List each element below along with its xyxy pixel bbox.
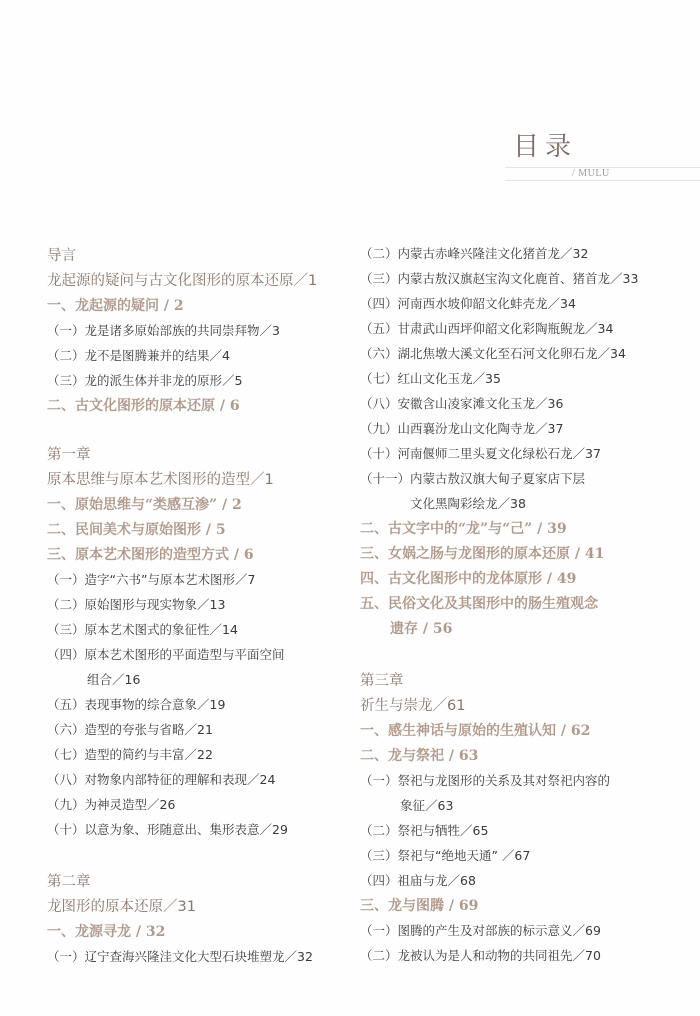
subsection-link[interactable]: （三）祭祀与“绝地天通” ／67 — [360, 846, 530, 866]
section-link[interactable]: 二、龙与祭祀 / 63 — [360, 746, 478, 766]
subsection-link-continued[interactable]: 象征／63 — [360, 796, 453, 816]
subsection-link[interactable]: （七）红山文化玉龙／35 — [360, 369, 501, 389]
subsection-link[interactable]: （一）辽宁查海兴隆洼文化大型石块堆塑龙／32 — [47, 947, 313, 967]
subsection-link[interactable]: （八）对物象内部特征的理解和表现／24 — [47, 770, 275, 790]
subsection-link[interactable]: （五）表现事物的综合意象／19 — [47, 695, 225, 715]
chapter-title-link[interactable]: 原本思维与原本艺术图形的造型／1 — [47, 470, 274, 490]
chapter-label: 第一章 — [47, 445, 91, 465]
subsection-link[interactable]: （一）造字“六书”与原本艺术图形／7 — [47, 570, 255, 590]
subsection-link[interactable]: （十）河南偃师二里头夏文化绿松石龙／37 — [360, 444, 601, 464]
subsection-link[interactable]: （二）内蒙古赤峰兴隆洼文化猪首龙／32 — [360, 244, 588, 264]
subsection-link[interactable]: （二）祭祀与牺牲／65 — [360, 821, 488, 841]
section-link[interactable]: 三、原本艺术图形的造型方式 / 6 — [47, 545, 254, 565]
toc-subtitle: / MULU — [572, 168, 610, 180]
subsection-link[interactable]: （四）原本艺术图形的平面造型与平面空间 — [47, 645, 285, 665]
subsection-link[interactable]: （四）祖庙与龙／68 — [360, 871, 476, 891]
subsection-link[interactable]: （三）龙的派生体并非龙的原形／5 — [47, 371, 242, 391]
subsection-link[interactable]: （十）以意为象、形随意出、集形表意／29 — [47, 820, 288, 840]
subsection-link-continued[interactable]: 文化黑陶彩绘龙／38 — [360, 494, 526, 514]
subsection-link[interactable]: （二）龙不是图腾兼并的结果／4 — [47, 346, 230, 366]
subsection-link[interactable]: （一）龙是诸多原始部族的共同崇拜物／3 — [47, 321, 280, 341]
subsection-link[interactable]: （九）为神灵造型／26 — [47, 795, 175, 815]
section-link[interactable]: 一、原始思维与“类感互渗” / 2 — [47, 495, 242, 515]
subsection-link[interactable]: （一）图腾的产生及对部族的标示意义／69 — [360, 921, 601, 941]
section-link[interactable]: 二、古文字中的“龙”与“己” / 39 — [360, 519, 567, 539]
subsection-link[interactable]: （二）龙被认为是人和动物的共同祖先／70 — [360, 946, 601, 966]
section-link[interactable]: 三、女娲之肠与龙图形的原本还原 / 41 — [360, 544, 604, 564]
subsection-link[interactable]: （四）河南西水坡仰韶文化蚌壳龙／34 — [360, 294, 576, 314]
section-link[interactable]: 三、龙与图腾 / 69 — [360, 896, 478, 916]
chapter-title-link[interactable]: 龙起源的疑问与古文化图形的原本还原／1 — [47, 271, 317, 291]
subsection-link[interactable]: （二）原始图形与现实物象／13 — [47, 595, 225, 615]
subsection-link[interactable]: （八）安徽含山凌家滩文化玉龙／36 — [360, 394, 563, 414]
subsection-link[interactable]: （七）造型的简约与丰富／22 — [47, 745, 213, 765]
toc-header: 目录 / MULU — [505, 128, 700, 188]
header-rule-bottom — [505, 180, 700, 181]
section-link[interactable]: 二、民间美术与原始图形 / 5 — [47, 520, 226, 540]
chapter-label: 第二章 — [47, 872, 91, 892]
chapter-title-link[interactable]: 祈生与崇龙／61 — [360, 696, 465, 716]
subsection-link[interactable]: （五）甘肃武山西坪仰韶文化彩陶瓶鲵龙／34 — [360, 319, 613, 339]
section-link[interactable]: 一、龙起源的疑问 / 2 — [47, 296, 184, 316]
section-link[interactable]: 一、感生神话与原始的生殖认知 / 62 — [360, 721, 590, 741]
toc-title: 目录 — [513, 132, 577, 162]
subsection-link[interactable]: （六）湖北焦墩大溪文化至石河文化卵石龙／34 — [360, 344, 626, 364]
subsection-link[interactable]: （十一）内蒙古敖汉旗大甸子夏家店下层 — [360, 469, 585, 489]
subsection-link[interactable]: （九）山西襄汾龙山文化陶寺龙／37 — [360, 419, 563, 439]
subsection-link[interactable]: （三）内蒙古敖汉旗赵宝沟文化鹿首、猪首龙／33 — [360, 269, 638, 289]
subsection-link-continued[interactable]: 组合／16 — [47, 670, 140, 690]
subsection-link[interactable]: （六）造型的夸张与省略／21 — [47, 720, 213, 740]
subsection-link[interactable]: （三）原本艺术图式的象征性／14 — [47, 620, 238, 640]
chapter-label: 导言 — [47, 246, 76, 266]
section-link[interactable]: 四、古文化图形中的龙体原形 / 49 — [360, 569, 576, 589]
chapter-label: 第三章 — [360, 671, 404, 691]
section-link-continued[interactable]: 遗存 / 56 — [360, 619, 452, 639]
section-link[interactable]: 二、古文化图形的原本还原 / 6 — [47, 396, 240, 416]
section-link[interactable]: 五、民俗文化及其图形中的肠生殖观念 — [360, 594, 598, 614]
chapter-title-link[interactable]: 龙图形的原本还原／31 — [47, 897, 196, 917]
section-link[interactable]: 一、龙源寻龙 / 32 — [47, 922, 165, 942]
subsection-link[interactable]: （一）祭祀与龙图形的关系及其对祭祀内容的 — [360, 771, 610, 791]
